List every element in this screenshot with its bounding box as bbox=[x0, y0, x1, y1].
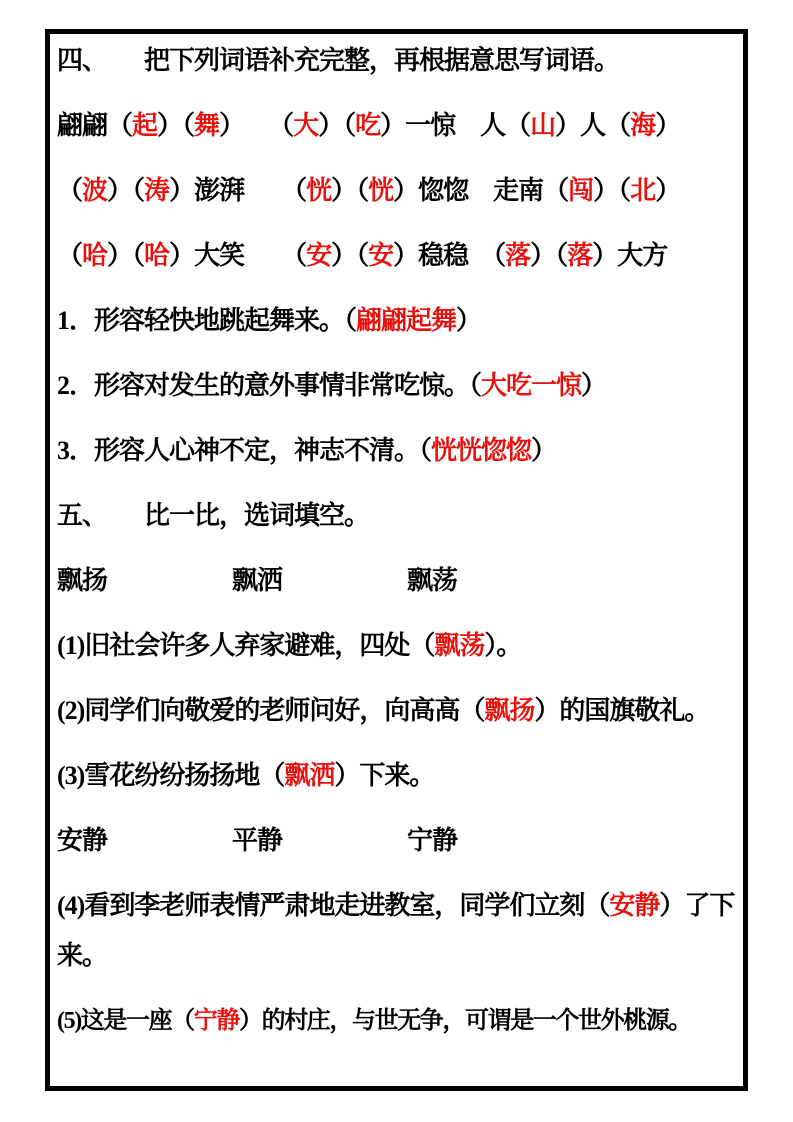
answer-text: 飘扬 bbox=[484, 696, 534, 725]
body-text: ）稳稳 （ bbox=[393, 241, 505, 270]
answer-text: 翩翩起舞 bbox=[356, 306, 456, 335]
body-text: ） bbox=[655, 111, 680, 140]
word-bank-row-1: 飘扬 飘洒 飘荡 bbox=[57, 556, 741, 606]
answer-text: 闯 bbox=[568, 176, 593, 205]
body-text: (4)看到李老师表情严肃地走进教室，同学们立刻（ bbox=[57, 891, 609, 920]
word-bank-row-2: 安静 平静 宁静 bbox=[57, 816, 741, 866]
answer-text: 海 bbox=[630, 111, 655, 140]
answer-text: 吃 bbox=[355, 111, 380, 140]
answer-text: 宁静 bbox=[194, 1008, 239, 1034]
answer-text: 飘洒 bbox=[284, 761, 334, 790]
definition-item-2: 2．形容对发生的意外事情非常吃惊。（大吃一惊） bbox=[57, 361, 741, 411]
sentence-item-1: (1)旧社会许多人弃家避难，四处（飘荡）。 bbox=[57, 621, 741, 671]
answer-text: 哈 bbox=[144, 241, 169, 270]
answer-text: 北 bbox=[630, 176, 655, 205]
body-text: (5)这是一座（ bbox=[57, 1008, 194, 1034]
body-text: （ bbox=[57, 241, 82, 270]
worksheet-page: 四、 把下列词语补充完整，再根据意思写词语。翩翩（起）（舞） （大）（吃）一惊 … bbox=[0, 0, 793, 1122]
section-heading-5: 五、 比一比，选词填空。 bbox=[57, 491, 741, 541]
body-text: ）大方 bbox=[592, 241, 667, 270]
body-text: ）惚惚 走南（ bbox=[393, 176, 568, 205]
definition-item-3: 3．形容人心神不定，神志不清。（恍恍惚惚） bbox=[57, 426, 741, 476]
answer-text: 落 bbox=[567, 241, 592, 270]
body-text: ）的国旗敬礼。 bbox=[534, 696, 709, 725]
body-text: 翩翩（ bbox=[57, 111, 132, 140]
body-text: 2．形容对发生的意外事情非常吃惊。（ bbox=[57, 371, 481, 400]
answer-text: 安静 bbox=[609, 891, 659, 920]
body-text: ）一惊 人（ bbox=[380, 111, 530, 140]
sentence-item-4: (4)看到李老师表情严肃地走进教室，同学们立刻（安静）了下来。 bbox=[57, 881, 741, 981]
sentence-item-3: (3)雪花纷纷扬扬地（飘洒）下来。 bbox=[57, 751, 741, 801]
body-text: ）（ bbox=[107, 241, 144, 270]
fill-in-row-2: （波）（涛）澎湃 （恍）（恍）惚惚 走南（闯）（北） bbox=[57, 166, 741, 216]
body-text: (1)旧社会许多人弃家避难，四处（ bbox=[57, 631, 434, 660]
answer-text: 恍 bbox=[306, 176, 331, 205]
body-text: ） bbox=[655, 176, 680, 205]
answer-text: 恍恍惚惚 bbox=[431, 436, 531, 465]
body-text: 五、 比一比，选词填空。 bbox=[57, 501, 369, 530]
body-text: （ bbox=[57, 176, 82, 205]
body-text: ）的村庄，与世无争，可谓是一个世外桃源。 bbox=[239, 1008, 691, 1034]
body-text: ）（ bbox=[331, 176, 368, 205]
answer-text: 安 bbox=[306, 241, 331, 270]
body-text: ）。 bbox=[484, 631, 521, 660]
body-text: 安静 平静 宁静 bbox=[57, 826, 457, 855]
body-text: ）人（ bbox=[555, 111, 630, 140]
answer-text: 飘荡 bbox=[434, 631, 484, 660]
worksheet-border-box: 四、 把下列词语补充完整，再根据意思写词语。翩翩（起）（舞） （大）（吃）一惊 … bbox=[45, 29, 748, 1091]
answer-text: 落 bbox=[505, 241, 530, 270]
answer-text: 山 bbox=[530, 111, 555, 140]
sentence-item-5: (5)这是一座（宁静）的村庄，与世无争，可谓是一个世外桃源。 bbox=[57, 996, 741, 1046]
answer-text: 舞 bbox=[194, 111, 219, 140]
body-text: 四、 把下列词语补充完整，再根据意思写词语。 bbox=[57, 46, 619, 75]
body-text: ） bbox=[531, 436, 556, 465]
section-heading-4: 四、 把下列词语补充完整，再根据意思写词语。 bbox=[57, 36, 741, 86]
body-text: 飘扬 飘洒 飘荡 bbox=[57, 566, 457, 595]
body-text: ）（ bbox=[107, 176, 144, 205]
body-text: ） bbox=[581, 371, 606, 400]
answer-text: 大 bbox=[293, 111, 318, 140]
body-text: ）下来。 bbox=[334, 761, 434, 790]
body-text: ）（ bbox=[331, 241, 368, 270]
answer-text: 哈 bbox=[82, 241, 107, 270]
body-text: (2)同学们向敬爱的老师问好，向高高（ bbox=[57, 696, 484, 725]
worksheet-content: 四、 把下列词语补充完整，再根据意思写词语。翩翩（起）（舞） （大）（吃）一惊 … bbox=[50, 34, 743, 1046]
body-text: (3)雪花纷纷扬扬地（ bbox=[57, 761, 284, 790]
body-text: ）大笑 （ bbox=[169, 241, 306, 270]
sentence-item-2: (2)同学们向敬爱的老师问好，向高高（飘扬）的国旗敬礼。 bbox=[57, 686, 741, 736]
body-text: ）（ bbox=[318, 111, 355, 140]
fill-in-row-1: 翩翩（起）（舞） （大）（吃）一惊 人（山）人（海） bbox=[57, 101, 741, 151]
body-text: 3．形容人心神不定，神志不清。（ bbox=[57, 436, 431, 465]
body-text: 1．形容轻快地跳起舞来。（ bbox=[57, 306, 356, 335]
answer-text: 波 bbox=[82, 176, 107, 205]
answer-text: 恍 bbox=[368, 176, 393, 205]
body-text: ）（ bbox=[530, 241, 567, 270]
answer-text: 涛 bbox=[144, 176, 169, 205]
answer-text: 大吃一惊 bbox=[481, 371, 581, 400]
body-text: ）澎湃 （ bbox=[169, 176, 306, 205]
body-text: ）（ bbox=[593, 176, 630, 205]
definition-item-1: 1．形容轻快地跳起舞来。（翩翩起舞） bbox=[57, 296, 741, 346]
body-text: ）（ bbox=[157, 111, 194, 140]
answer-text: 起 bbox=[132, 111, 157, 140]
answer-text: 安 bbox=[368, 241, 393, 270]
body-text: ） （ bbox=[219, 111, 293, 140]
fill-in-row-3: （哈）（哈）大笑 （安）（安）稳稳 （落）（落）大方 bbox=[57, 231, 741, 281]
body-text: ） bbox=[456, 306, 481, 335]
